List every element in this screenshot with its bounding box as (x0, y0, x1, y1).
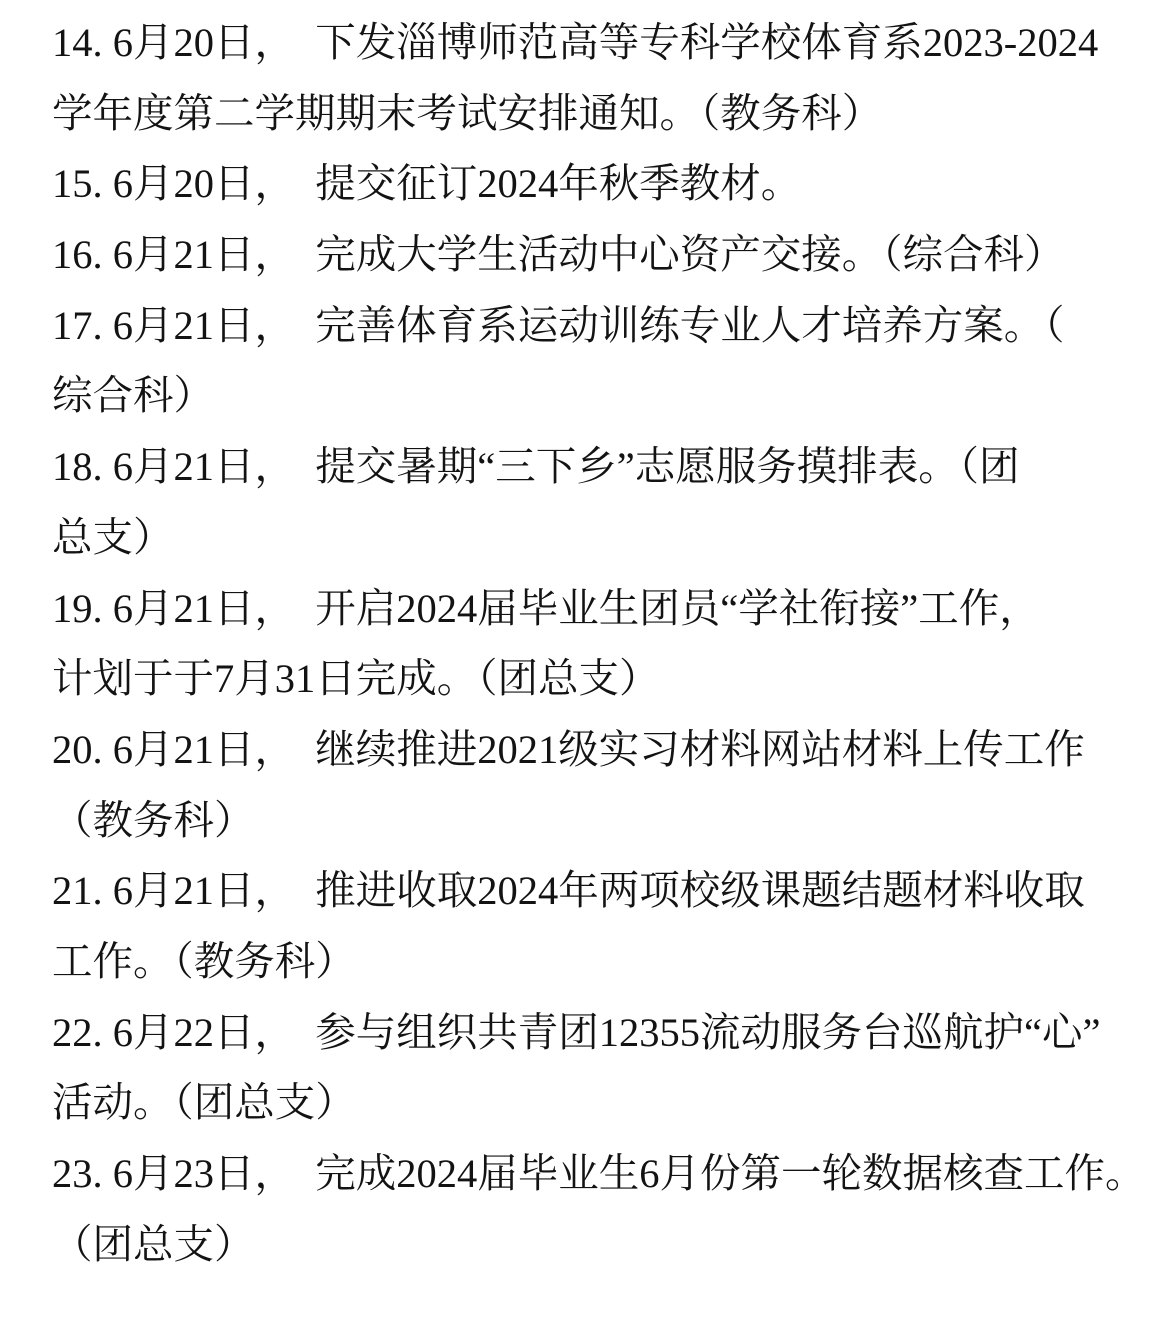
item-20-line-1: 20. 6月21日， 继续推进2021级实习材料网站材料上传工作 (52, 715, 1134, 786)
item-23-line-1: 23. 6月23日， 完成2024届毕业生6月份第一轮数据核查工作。 (52, 1139, 1134, 1210)
item-17-line-2: 综合科） (52, 361, 1134, 432)
item-21-line-2: 工作。（教务科） (52, 927, 1134, 998)
item-16-line-1: 16. 6月21日， 完成大学生活动中心资产交接。（综合科） (52, 220, 1134, 291)
item-18-line-2: 总支） (52, 503, 1134, 574)
item-19-line-1: 19. 6月21日， 开启2024届毕业生团员“学社衔接”工作， (52, 574, 1134, 645)
document-page: 14. 6月20日， 下发淄博师范高等专科学校体育系2023-2024 学年度第… (0, 0, 1162, 1336)
item-21-line-1: 21. 6月21日， 推进收取2024年两项校级课题结题材料收取 (52, 856, 1134, 927)
item-22-line-1: 22. 6月22日， 参与组织共青团12355流动服务台巡航护“心” (52, 998, 1134, 1069)
item-20-line-2: （教务科） (52, 786, 1134, 857)
item-18-line-1: 18. 6月21日， 提交暑期“三下乡”志愿服务摸排表。（团 (52, 432, 1134, 503)
document-body: 14. 6月20日， 下发淄博师范高等专科学校体育系2023-2024 学年度第… (0, 0, 1162, 1280)
item-19-line-2: 计划于于7月31日完成。（团总支） (52, 644, 1134, 715)
item-17-line-1: 17. 6月21日， 完善体育系运动训练专业人才培养方案。（ (52, 291, 1134, 362)
item-23-line-2: （团总支） (52, 1210, 1134, 1281)
item-22-line-2: 活动。（团总支） (52, 1068, 1134, 1139)
item-14-line-1: 14. 6月20日， 下发淄博师范高等专科学校体育系2023-2024 (52, 8, 1134, 79)
item-15-line-1: 15. 6月20日， 提交征订2024年秋季教材。 (52, 149, 1134, 220)
item-14-line-2: 学年度第二学期期末考试安排通知。（教务科） (52, 79, 1134, 150)
